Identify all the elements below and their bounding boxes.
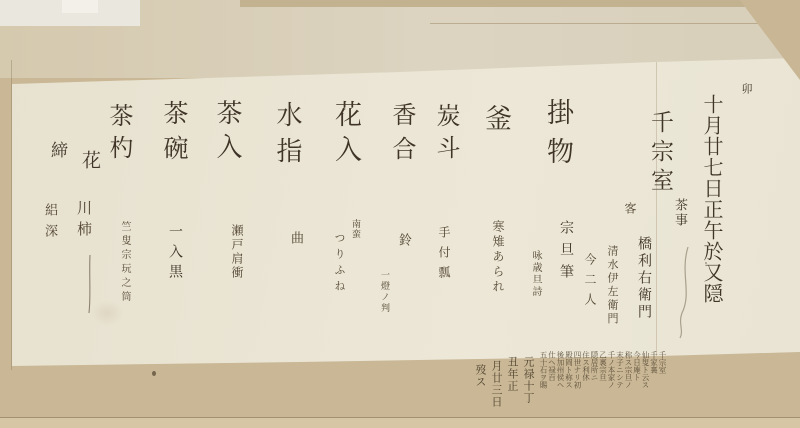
annotation-column: 五十石ヲ賜 <box>540 351 548 389</box>
guest-name: 橋利右衛門 <box>637 236 651 321</box>
item-flower-vase-note: つりふね <box>334 232 345 296</box>
annotation-column: 千家裏 <box>650 351 658 374</box>
ink-speck <box>152 371 156 376</box>
item-charcoal-basket-value: 手付瓢 <box>438 226 450 286</box>
annotation-column: 乙裏宗旦 <box>599 351 607 381</box>
annotation-column: 四世ナリ初 <box>574 351 582 389</box>
item-flower-vase-value: 南蛮 <box>350 219 359 239</box>
item-incense-container-value: 鈴 <box>397 233 410 246</box>
item-flower: 花 <box>80 150 99 169</box>
item-water-jar-value: 曲 <box>289 231 302 244</box>
biography-annotation: 千宗室千家裏仙叟ト云ス今日庵ト称ス宗旦ノ末子ニシテ千ノ本家ノ乙裏宗旦隠居所ニ住ス… <box>536 351 666 423</box>
annotation-column: 千ノ本家ノ <box>608 351 616 389</box>
annotation-column: 元禄十丁 <box>523 356 534 404</box>
death-date-annotation: 元禄十丁丑年正月廿三日歿ス <box>428 356 534 422</box>
mounting-top-edge <box>240 0 800 7</box>
annotation-column: 丑年正 <box>507 356 518 392</box>
flourish-stroke <box>674 245 698 340</box>
paper-left-edge <box>11 60 12 370</box>
annotation-column: 隠居所ニ <box>591 351 599 381</box>
item-tea-caddy-value: 瀬戸肩衝 <box>231 224 243 280</box>
item-water-jar: 水指 <box>274 101 300 173</box>
date-column: 十月廿七日正午於又隠 <box>702 94 722 304</box>
scroll-photo: 卯 十月廿七日正午於又隠 千宗室 茶事 客 橋利右衛門 清水伊左衛門 今二人 掛… <box>0 0 800 428</box>
annotation-column: 殿岡ト称ス <box>565 351 573 389</box>
guest-name: 清水伊左衛門 <box>607 245 618 326</box>
annotation-column: 月廿三日 <box>491 360 502 408</box>
item-tea-bowl-value: 一入黒 <box>168 224 182 284</box>
annotation-column: 仕ヘ禄百 <box>548 351 556 381</box>
brush-tail-stroke <box>86 255 94 315</box>
guest-heading: 客 <box>624 202 636 214</box>
annotation-column: 歿ス <box>475 364 486 388</box>
host-name: 千宗室 <box>648 110 671 197</box>
item-hanging-scroll-value: 宗旦筆 <box>559 220 573 286</box>
item-kettle-value: 寒雉あられ <box>492 220 504 295</box>
mounting-bottom-sliver <box>0 418 800 428</box>
year-mark: 卯 <box>741 83 752 94</box>
event-label: 茶事 <box>673 198 686 228</box>
annotation-column: 末子ニシテ <box>616 351 624 389</box>
guest-name: 今二人 <box>584 253 596 313</box>
item-incense-container: 香合 <box>390 102 414 170</box>
item-incense-container-note: 一燈ノ判 <box>379 270 388 314</box>
item-flower-vase: 花入 <box>332 100 359 170</box>
annotation-column: 今日庵ト <box>633 351 641 381</box>
annotation-column: 後加州侯ヘ <box>557 351 565 389</box>
item-last: 締 <box>48 141 65 158</box>
item-flower-value: 川柿 <box>76 200 91 242</box>
item-tea-caddy: 茶入 <box>214 99 240 167</box>
mounting-seam-line <box>430 23 800 24</box>
annotation-column: 千宗室 <box>659 351 667 374</box>
paper-joint-seam <box>656 62 657 356</box>
item-hanging-scroll: 掛物 <box>544 98 571 176</box>
item-kettle: 釜 <box>482 104 509 131</box>
item-tea-bowl: 茶碗 <box>162 100 187 170</box>
mounting-white-tab <box>62 0 98 13</box>
item-last-value: 絽深 <box>43 203 56 245</box>
item-tea-scoop-value: 竺叟宗玩之筒 <box>119 221 129 305</box>
item-charcoal-basket: 炭斗 <box>434 103 458 167</box>
annotation-column: 住ス利休 <box>582 351 590 381</box>
item-tea-scoop: 茶杓 <box>107 103 131 167</box>
item-hanging-scroll-note: 咏歳旦詩 <box>530 250 540 298</box>
annotation-column: 称ス宗旦ノ <box>625 351 633 389</box>
annotation-column: 仙叟ト云ス <box>642 351 650 389</box>
